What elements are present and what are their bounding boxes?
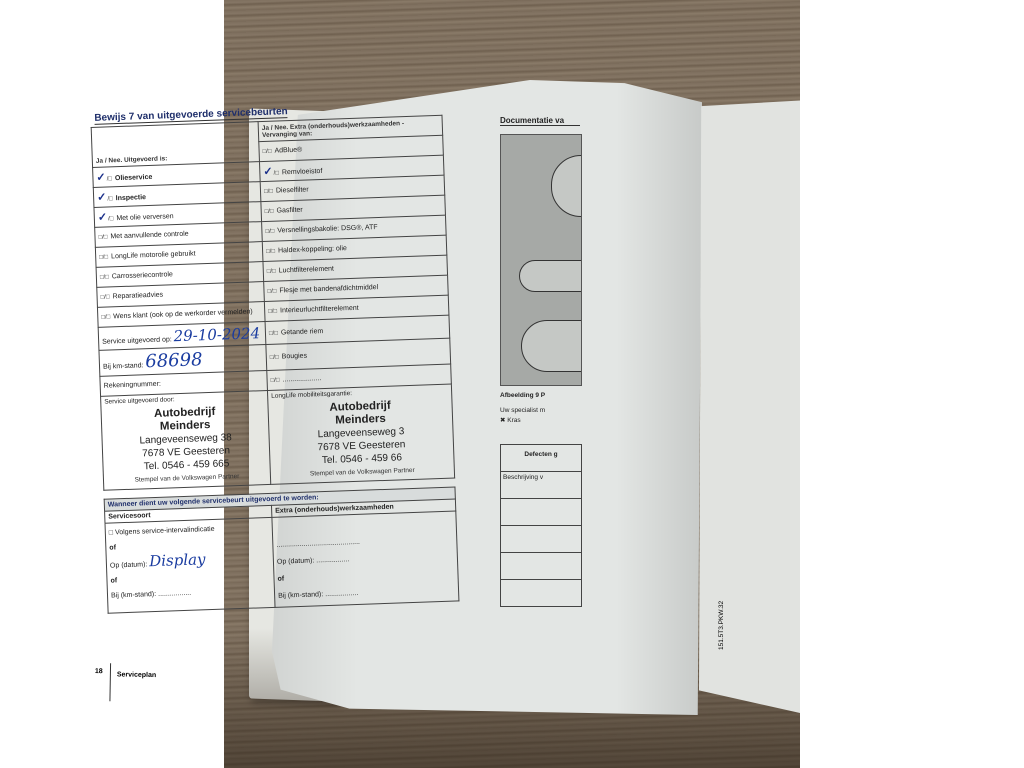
kras-legend: ✖ Kras — [500, 416, 580, 424]
checkbox-icon[interactable]: □/□ — [263, 149, 272, 155]
item-label: Carrosseriecontrole — [112, 271, 173, 280]
checkbox-icon[interactable]: /□ — [108, 216, 114, 222]
service-record-form: Bewijs 7 van uitgevoerde servicebeurten … — [90, 96, 453, 614]
item-label: Met olie verversen — [116, 213, 173, 222]
left-header: Ja / Nee. Uitgevoerd is: — [91, 122, 259, 168]
checkbox-icon[interactable]: □/□ — [264, 189, 273, 195]
document-code: 151.5T3.PKW.32 — [718, 601, 725, 650]
checkbox-icon[interactable]: □/□ — [268, 309, 277, 315]
item-label: Versnellingsbakolie: DSG®, ATF — [277, 224, 378, 234]
invoice-label: Rekeningnummer: — [104, 381, 161, 390]
checkbox-icon[interactable]: □/□ — [98, 234, 107, 240]
km-label: Bij km-stand: — [103, 362, 144, 370]
item-label: Reparatieadvies — [112, 292, 163, 301]
car-top-view — [521, 320, 582, 372]
checkbox-icon[interactable]: □/□ — [270, 355, 279, 361]
page-number: 18 — [95, 668, 103, 675]
checkbox-icon[interactable]: □/□ — [266, 249, 275, 255]
next-service-table: Wanneer dient uw volgende servicebeurt u… — [104, 486, 460, 613]
item-label: Bougies — [282, 353, 308, 361]
checkbox-icon[interactable]: □/□ — [267, 269, 276, 275]
dotted-line: ................. — [158, 590, 191, 598]
service-date-handwritten: 29-10-2024 — [173, 324, 260, 345]
service-date-label: Service uitgevoerd op: — [102, 336, 172, 345]
checkbox-icon[interactable]: □/□ — [100, 274, 109, 280]
footer-divider — [109, 663, 111, 701]
item-label: Interieurluchtfilterelement — [280, 305, 359, 315]
next-date-handwritten: Display — [149, 550, 206, 570]
right-page-title: Documentatie va — [500, 116, 580, 126]
next-date-label: Op (datum): — [110, 561, 148, 569]
dotted-line: ................. — [325, 590, 358, 598]
car-side-view — [519, 260, 582, 292]
extra-km-label: Bij (km-stand): — [278, 591, 323, 600]
km-handwritten: 68698 — [145, 349, 203, 372]
next-km-label: Bij (km-stand): — [111, 591, 156, 600]
item-label: AdBlue® — [274, 147, 302, 155]
checkmark-icon: ✓ — [97, 190, 107, 203]
right-page-content: Documentatie va Afbeelding 9 P Uw specia… — [500, 116, 580, 607]
defects-header: Defecten g — [501, 445, 581, 472]
checkbox-icon[interactable]: /□ — [107, 196, 113, 202]
checkbox-icon[interactable]: □/□ — [269, 330, 278, 336]
checkbox-icon[interactable]: □/□ — [99, 254, 108, 260]
checkbox-icon[interactable]: □/□ — [271, 378, 280, 384]
checkbox-icon[interactable]: □/□ — [101, 314, 110, 320]
checkmark-icon: ✓ — [96, 171, 106, 184]
item-label: Luchtfilterelement — [279, 266, 334, 275]
checkbox-icon[interactable]: □/□ — [265, 229, 274, 235]
item-label: Flesje met bandenafdichtmiddel — [279, 284, 378, 294]
item-label: Wens klant (ook op de werkorder vermelde… — [113, 308, 253, 320]
item-label: .................... — [282, 375, 321, 383]
checkmark-icon: ✓ — [263, 165, 273, 178]
item-label: Remvloeistof — [282, 168, 323, 176]
defects-table: Defecten g Beschrijving v — [500, 444, 582, 607]
defects-description: Beschrijving v — [501, 472, 581, 499]
car-diagram — [500, 134, 582, 386]
dealer-stamp-right: LongLife mobiliteitsgarantie:Autobedrijf… — [267, 384, 454, 484]
section-name: Serviceplan — [117, 671, 156, 679]
checkbox-icon[interactable]: /□ — [274, 170, 280, 176]
extra-date-label: Op (datum): — [277, 557, 315, 565]
item-label: Gasfilter — [277, 207, 303, 215]
item-label: LongLife motorolie gebruikt — [111, 250, 196, 260]
specialist-text: Uw specialist m — [500, 407, 580, 414]
item-label: Inspectie — [116, 194, 147, 202]
item-label: Haldex-koppeling: olie — [278, 245, 347, 254]
item-label: Dieselfilter — [276, 186, 309, 194]
figure-caption: Afbeelding 9 P — [500, 392, 580, 399]
car-front-view — [551, 155, 582, 217]
right-page — [699, 100, 800, 715]
checkbox-icon[interactable]: □/□ — [265, 209, 274, 215]
checkbox-icon[interactable]: □/□ — [101, 294, 110, 300]
dealer-stamp-left: Service uitgevoerd door:AutobedrijfMeind… — [101, 390, 271, 490]
item-label: Met aanvullende controle — [110, 231, 188, 241]
checkbox-icon[interactable]: □/□ — [267, 289, 276, 295]
dotted-line: ................. — [316, 556, 349, 564]
checkmark-icon: ✓ — [98, 210, 108, 223]
service-table: Ja / Nee. Uitgevoerd is:Ja / Nee. Extra … — [91, 115, 455, 491]
item-label: Olieservice — [115, 174, 153, 182]
checkbox-icon[interactable]: /□ — [107, 176, 113, 182]
item-label: Getande riem — [281, 327, 324, 335]
